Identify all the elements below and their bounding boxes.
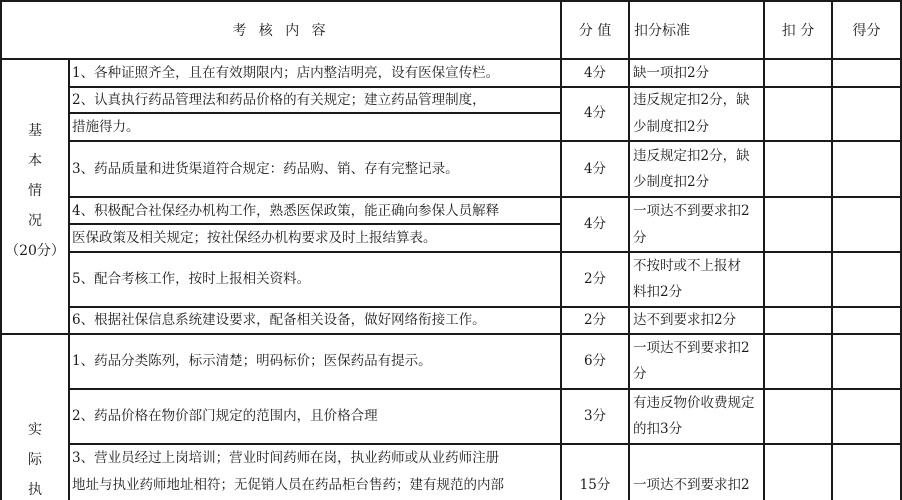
item-content-line: 2、认真执行药品管理法和药品价格的有关规定；建立药品管理制度， — [72, 89, 486, 111]
gain-input[interactable] — [833, 390, 900, 443]
deduct-input[interactable] — [765, 142, 831, 196]
section-label-char: （20分） — [2, 236, 68, 266]
item-content-line: 2、药品价格在物价部门规定的范围内，且价格合理 — [72, 405, 378, 427]
section-label-basic: 基 本 情 况 （20分） — [2, 116, 68, 266]
item-score: 4分 — [562, 213, 628, 235]
item-content-line: 医保政策及相关规定；按社保经办机构要求及时上报结算表。 — [72, 227, 437, 249]
item-standard-line: 的扣3分 — [633, 418, 682, 440]
item-content-line: 4、积极配合社保经办机构工作，熟悉医保政策，能正确向参保人员解释 — [72, 200, 499, 222]
item-score: 3分 — [562, 405, 628, 427]
deduct-input[interactable] — [765, 198, 831, 251]
item-content-line: 1、药品分类陈列，标示清楚；明码标价；医保药品有提示。 — [72, 350, 432, 372]
grid-line — [628, 0, 630, 500]
item-score: 2分 — [562, 268, 628, 290]
item-standard-line: 违反规定扣2分，缺 — [633, 89, 750, 111]
item-standard-line: 一项达不到要求扣2 — [633, 200, 750, 222]
item-content-line: 3、药品质量和进货渠道符合规定：药品购、销、存有完整记录。 — [72, 158, 459, 180]
deduct-input[interactable] — [765, 335, 831, 388]
gain-input[interactable] — [833, 308, 900, 333]
grid-line — [68, 223, 562, 225]
gain-input[interactable] — [833, 88, 900, 140]
item-standard-line: 违反规定扣2分，缺 — [633, 145, 750, 167]
section-label-practice: 实 际 执 — [2, 415, 68, 500]
item-score: 4分 — [562, 62, 628, 84]
item-score: 4分 — [562, 158, 628, 180]
item-standard-line: 达不到要求扣2分 — [633, 309, 736, 331]
item-content-line: 3、营业员经过上岗培训；营业时间药师在岗，执业药师或从业药师注册 — [72, 447, 499, 469]
item-score: 6分 — [562, 350, 628, 372]
grid-line — [68, 58, 70, 500]
item-content-line: 措施得力。 — [72, 116, 140, 138]
item-standard-line: 缺一项扣2分 — [633, 62, 709, 84]
deduct-input[interactable] — [765, 445, 831, 500]
assessment-table: 考 核 内 容 分 值 扣分标准 扣 分 得分 基 本 情 况 （20分） 1、… — [0, 0, 902, 500]
item-standard-line: 一项达不到要求扣2 — [633, 337, 750, 359]
deduct-input[interactable] — [765, 253, 831, 306]
item-content-line: 5、配合考核工作，按时上报相关资料。 — [72, 268, 310, 290]
gain-input[interactable] — [833, 198, 900, 251]
section-label-char: 本 — [2, 146, 68, 176]
gain-input[interactable] — [833, 60, 900, 86]
item-content-line: 6、根据社保信息系统建设要求，配备相关设备，做好网络衔接工作。 — [72, 309, 486, 331]
item-score: 15分 — [562, 474, 628, 496]
header-score: 分 值 — [562, 20, 628, 40]
section-label-char: 基 — [2, 116, 68, 146]
header-content: 考 核 内 容 — [2, 20, 560, 40]
section-label-char: 执 — [2, 475, 68, 500]
item-score: 2分 — [562, 309, 628, 331]
section-label-char: 实 — [2, 415, 68, 445]
item-standard-line: 分 — [633, 363, 647, 385]
section-label-char: 情 — [2, 176, 68, 206]
header-standard: 扣分标准 — [634, 20, 690, 40]
deduct-input[interactable] — [765, 390, 831, 443]
item-content-line: 地址与执业药师地址相符；无促销人员在药品柜台售药；建有规范的内部 — [72, 474, 504, 496]
deduct-input[interactable] — [765, 88, 831, 140]
item-standard-line: 少制度扣2分 — [633, 116, 709, 138]
deduct-input[interactable] — [765, 308, 831, 333]
grid-line — [0, 0, 902, 2]
gain-input[interactable] — [833, 445, 900, 500]
item-standard-line: 有违反物价收费规定 — [633, 392, 755, 414]
item-standard-line: 分 — [633, 227, 647, 249]
section-label-char: 际 — [2, 445, 68, 475]
gain-input[interactable] — [833, 335, 900, 388]
item-standard-line: 少制度扣2分 — [633, 171, 709, 193]
section-label-char: 况 — [2, 206, 68, 236]
item-content-line: 1、各种证照齐全，且在有效期限内；店内整洁明亮，设有医保宣传栏。 — [72, 62, 499, 84]
item-standard-line: 不按时或不上报材 — [633, 255, 741, 277]
header-deduct: 扣 分 — [765, 20, 831, 40]
gain-input[interactable] — [833, 253, 900, 306]
item-standard-line: 料扣2分 — [633, 281, 682, 303]
gain-input[interactable] — [833, 142, 900, 196]
header-gain: 得分 — [833, 20, 900, 40]
item-standard-line: 一项达不到要求扣2 — [633, 474, 750, 496]
item-score: 4分 — [562, 102, 628, 124]
grid-line — [68, 112, 562, 114]
deduct-input[interactable] — [765, 60, 831, 86]
